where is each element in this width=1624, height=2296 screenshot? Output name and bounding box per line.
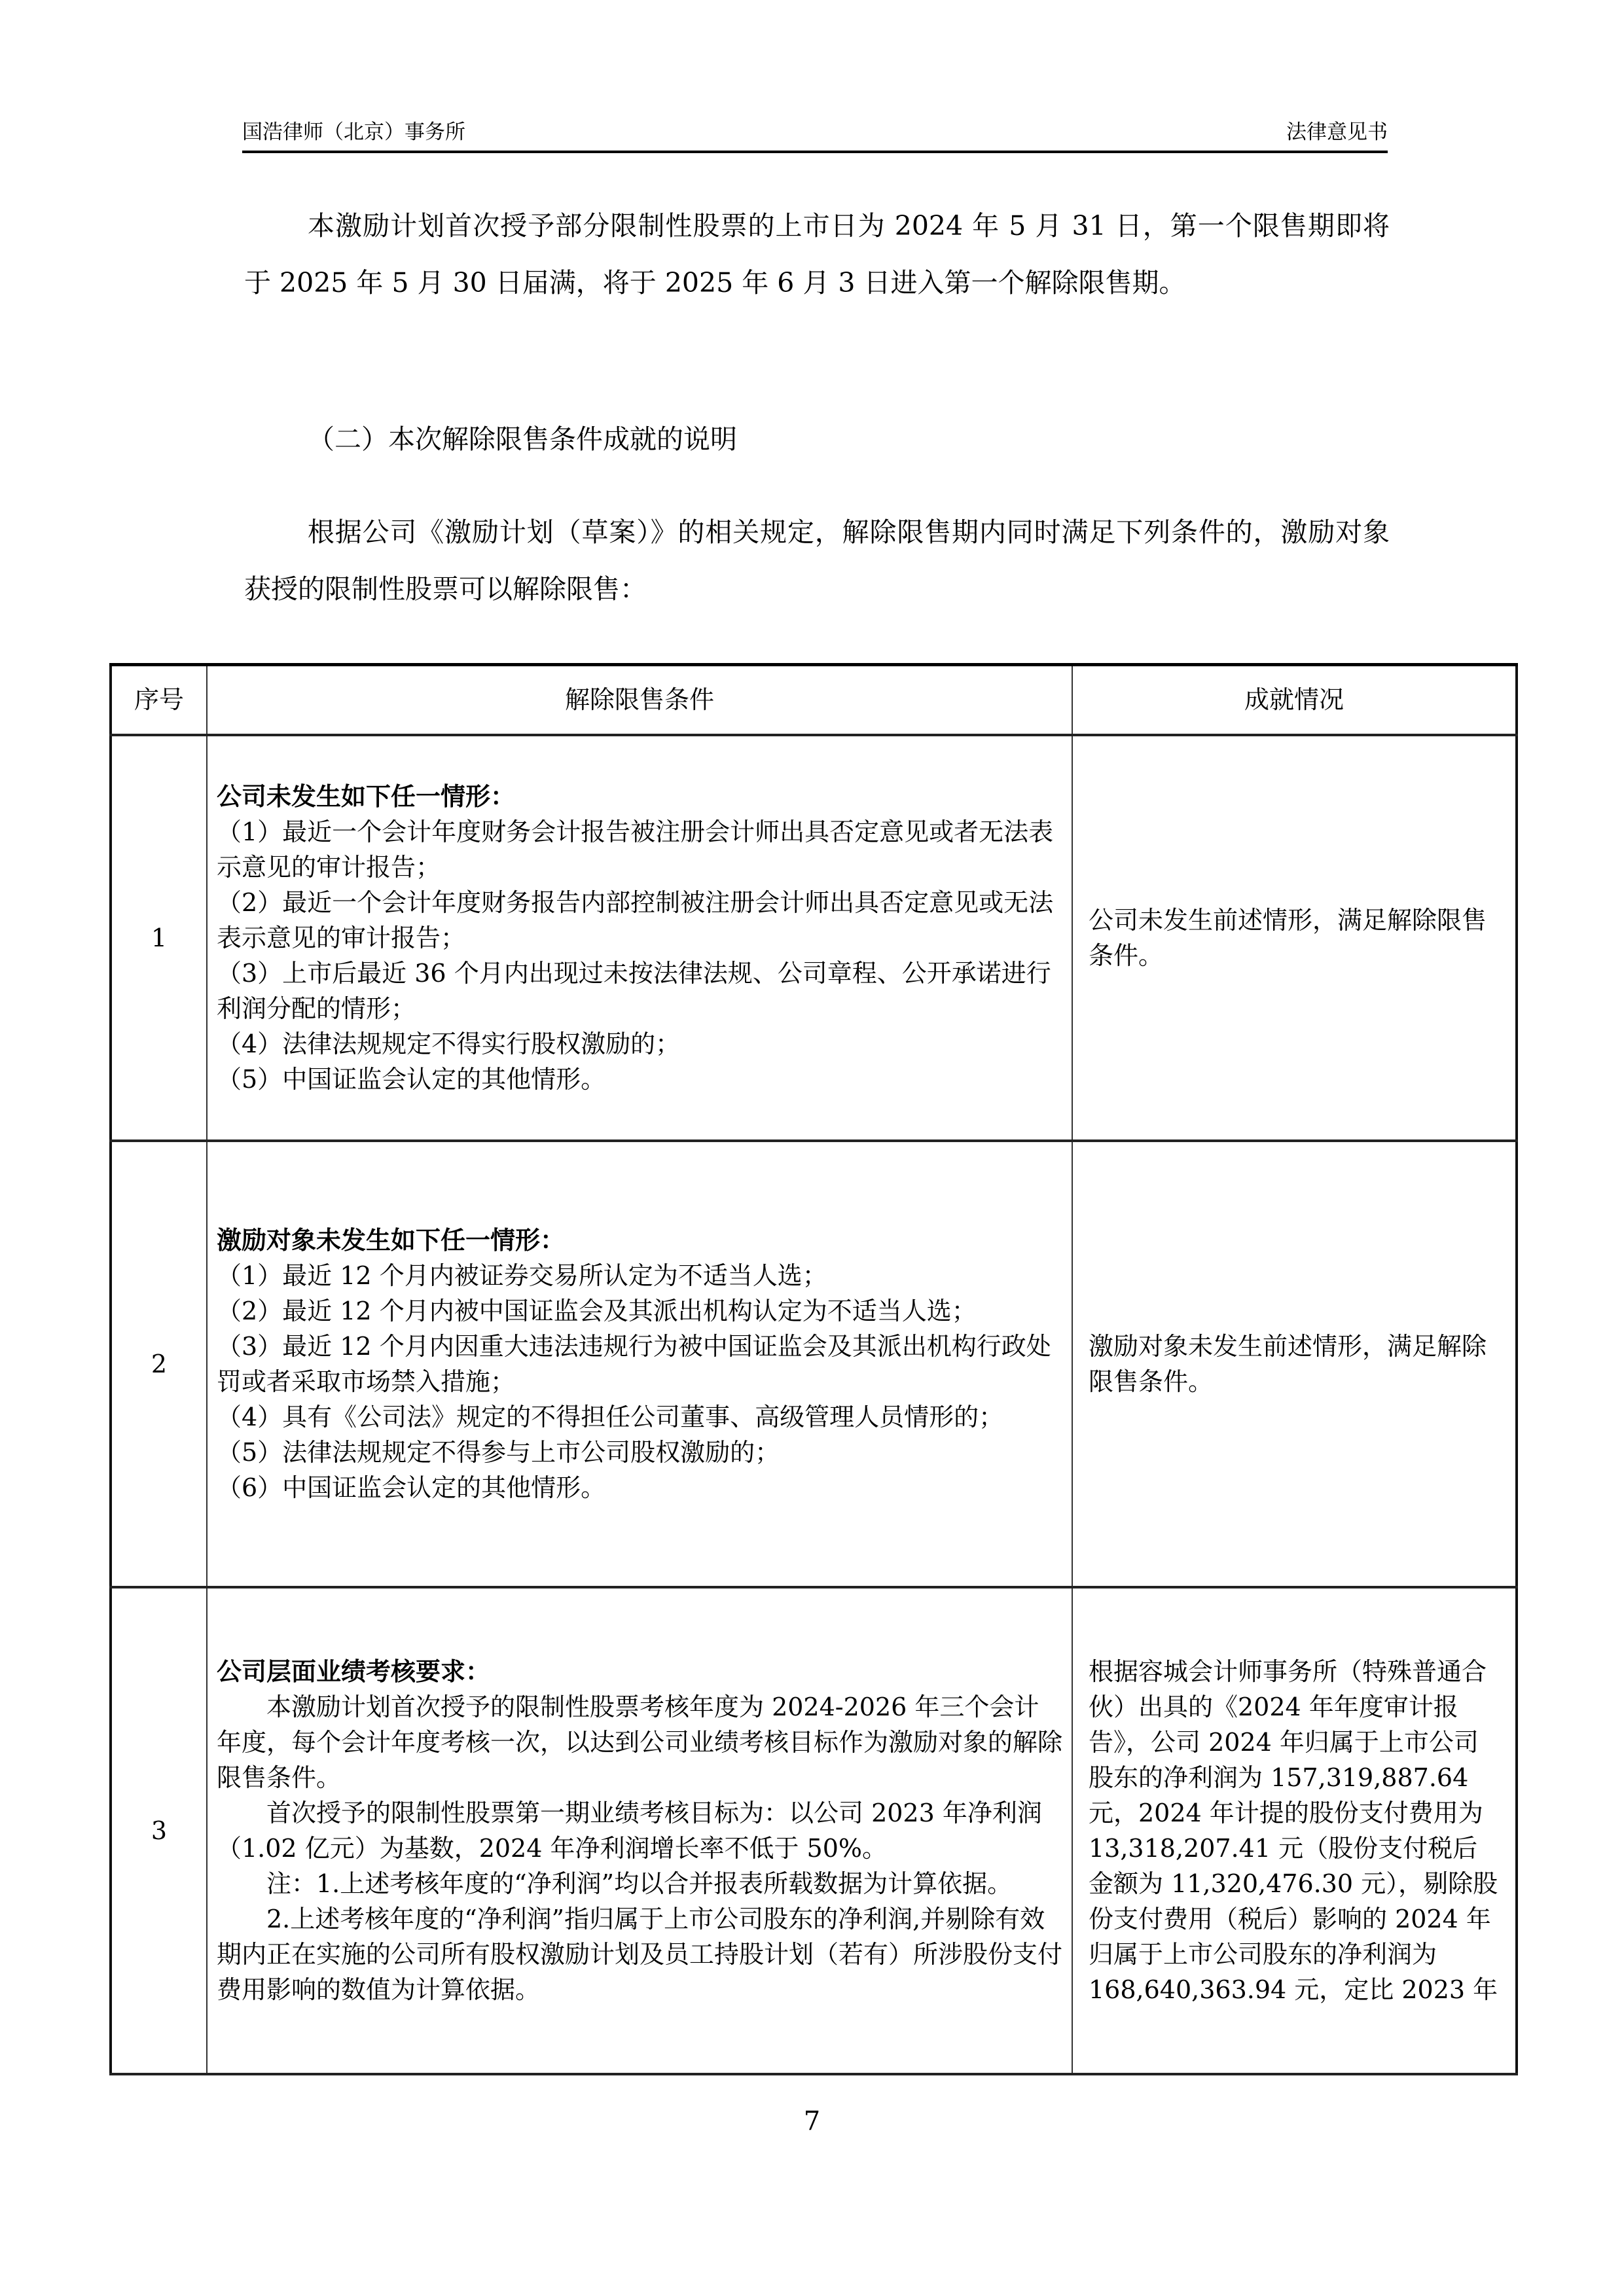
condition-item: （1）最近 12 个月内被证券交易所认定为不适当人选； — [217, 1258, 1062, 1293]
condition-cell: 公司层面业绩考核要求： 本激励计划首次授予的限制性股票考核年度为 2024-20… — [207, 1587, 1072, 2074]
paragraph-conditions-intro: 根据公司《激励计划（草案）》的相关规定，解除限售期内同时满足下列条件的，激励对象… — [244, 504, 1390, 618]
condition-item: （4）具有《公司法》规定的不得担任公司董事、高级管理人员情形的； — [217, 1399, 1062, 1435]
header-firm-name: 国浩律师（北京）事务所 — [242, 119, 465, 145]
row-number: 2 — [111, 1141, 207, 1587]
condition-note: 2.上述考核年度的“净利润”指归属于上市公司股东的净利润,并剔除有效期内正在实施… — [217, 1901, 1062, 2007]
unlock-conditions-table: 序号 解除限售条件 成就情况 1 公司未发生如下任一情形： （1）最近一个会计年… — [109, 663, 1518, 2075]
row-number: 3 — [111, 1587, 207, 2074]
condition-item: 本激励计划首次授予的限制性股票考核年度为 2024-2026 年三个会计年度，每… — [217, 1689, 1062, 1795]
achievement-cell: 根据容城会计师事务所（特殊普通合伙）出具的《2024 年年度审计报告》，公司 2… — [1072, 1587, 1517, 2074]
condition-title: 激励对象未发生如下任一情形： — [217, 1223, 1062, 1258]
condition-item: （1）最近一个会计年度财务会计报告被注册会计师出具否定意见或者无法表示意见的审计… — [217, 814, 1062, 885]
condition-cell: 公司未发生如下任一情形： （1）最近一个会计年度财务会计报告被注册会计师出具否定… — [207, 735, 1072, 1141]
condition-item: 首次授予的限制性股票第一期业绩考核目标为：以公司 2023 年净利润（1.02 … — [217, 1795, 1062, 1866]
condition-item: （5）中国证监会认定的其他情形。 — [217, 1062, 1062, 1097]
condition-item: （5）法律法规规定不得参与上市公司股权激励的； — [217, 1435, 1062, 1470]
row-number: 1 — [111, 735, 207, 1141]
table-row: 2 激励对象未发生如下任一情形： （1）最近 12 个月内被证券交易所认定为不适… — [111, 1141, 1517, 1587]
header-serial-no: 序号 — [111, 665, 207, 735]
condition-title: 公司未发生如下任一情形： — [217, 779, 1062, 814]
page-header: 国浩律师（北京）事务所 法律意见书 — [242, 113, 1388, 151]
table-row: 3 公司层面业绩考核要求： 本激励计划首次授予的限制性股票考核年度为 2024-… — [111, 1587, 1517, 2074]
condition-item: （3）最近 12 个月内因重大违法违规行为被中国证监会及其派出机构行政处罚或者采… — [217, 1329, 1062, 1399]
page-number: 7 — [0, 2106, 1624, 2136]
condition-item: （3）上市后最近 36 个月内出现过未按法律法规、公司章程、公开承诺进行利润分配… — [217, 956, 1062, 1026]
header-achievement: 成就情况 — [1072, 665, 1517, 735]
achievement-cell: 激励对象未发生前述情形，满足解除限售条件。 — [1072, 1141, 1517, 1587]
table-row: 1 公司未发生如下任一情形： （1）最近一个会计年度财务会计报告被注册会计师出具… — [111, 735, 1517, 1141]
paragraph-text: 根据公司《激励计划（草案）》的相关规定，解除限售期内同时满足下列条件的，激励对象… — [244, 516, 1390, 605]
condition-item: （2）最近一个会计年度财务报告内部控制被注册会计师出具否定意见或无法表示意见的审… — [217, 885, 1062, 956]
achievement-cell: 公司未发生前述情形，满足解除限售条件。 — [1072, 735, 1517, 1141]
paragraph-text: 本激励计划首次授予部分限制性股票的上市日为 2024 年 5 月 31 日，第一… — [244, 210, 1390, 298]
header-doc-type: 法律意见书 — [1286, 119, 1388, 145]
condition-item: （2）最近 12 个月内被中国证监会及其派出机构认定为不适当人选； — [217, 1293, 1062, 1329]
condition-title: 公司层面业绩考核要求： — [217, 1654, 1062, 1689]
paragraph-listing-date: 本激励计划首次授予部分限制性股票的上市日为 2024 年 5 月 31 日，第一… — [244, 198, 1390, 312]
condition-item: （4）法律法规规定不得实行股权激励的； — [217, 1026, 1062, 1062]
condition-item: （6）中国证监会认定的其他情形。 — [217, 1470, 1062, 1505]
header-rule — [242, 151, 1388, 153]
section-heading: （二）本次解除限售条件成就的说明 — [308, 411, 1453, 468]
condition-note: 注：1.上述考核年度的“净利润”均以合并报表所载数据为计算依据。 — [217, 1866, 1062, 1901]
header-condition: 解除限售条件 — [207, 665, 1072, 735]
table-header-row: 序号 解除限售条件 成就情况 — [111, 665, 1517, 735]
condition-cell: 激励对象未发生如下任一情形： （1）最近 12 个月内被证券交易所认定为不适当人… — [207, 1141, 1072, 1587]
